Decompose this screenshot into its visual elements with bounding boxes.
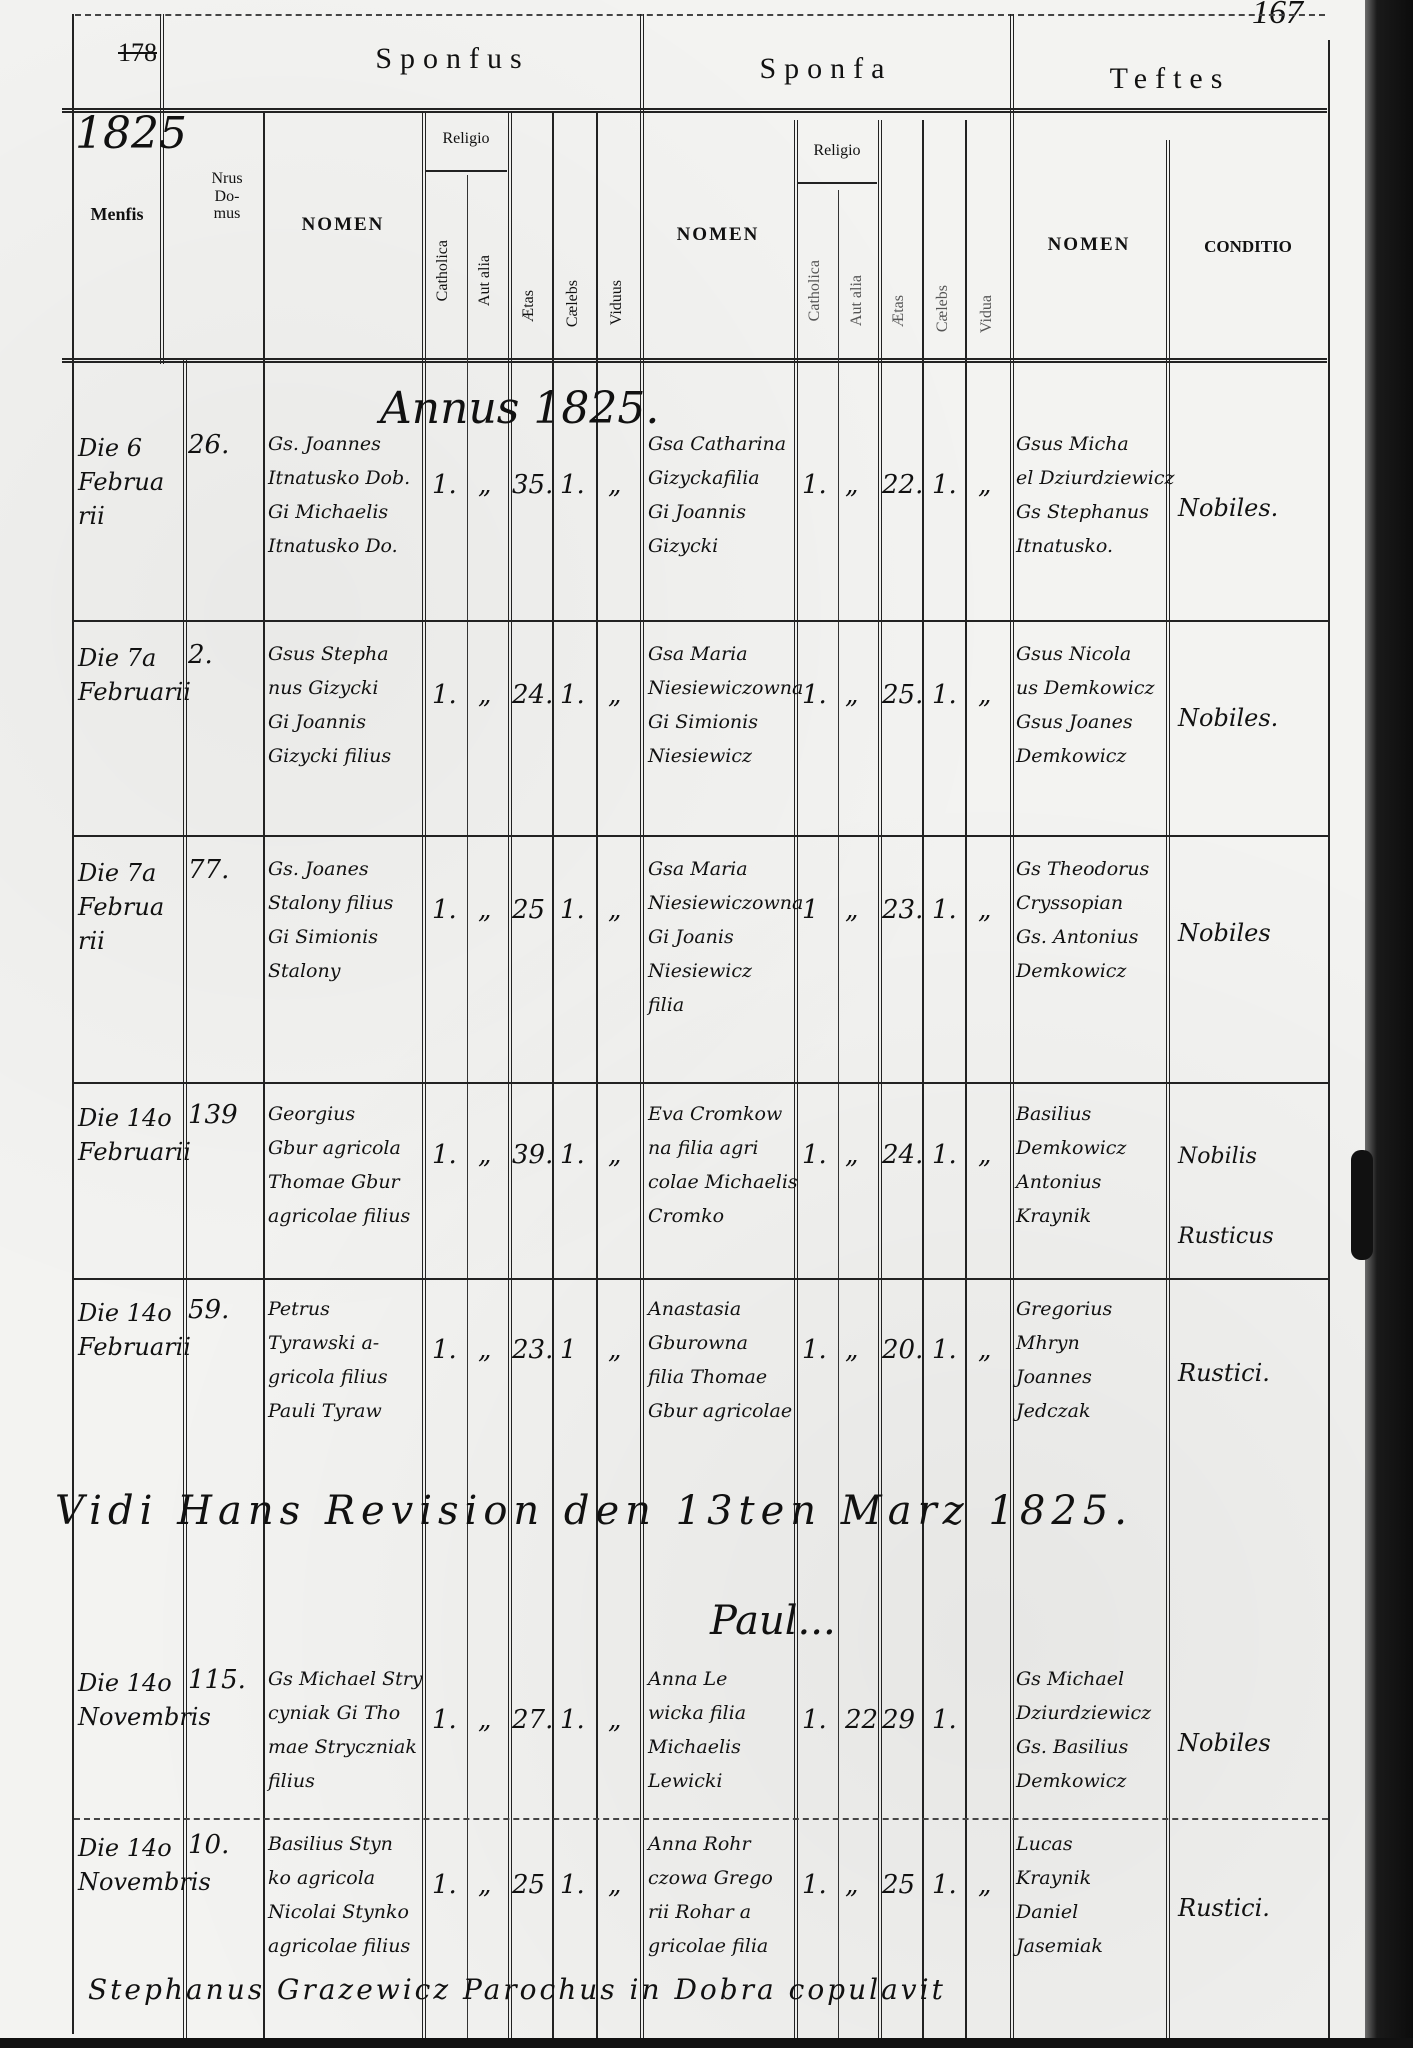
groom-caelebs: 1. [560,680,585,710]
groom-name-line: Gsus Stepha [268,640,389,669]
bride-name-line: Cromko [648,1202,724,1231]
witness-name-line: Demkowicz [1016,742,1126,771]
witness-condition: Rusticus [1178,1220,1274,1254]
witness-name-line: Kraynik [1016,1864,1091,1893]
groom-name-line: Pauli Tyraw [268,1397,382,1426]
groom-aut-alia: „ [478,1140,491,1170]
top-rule [75,14,1325,16]
section-header-sponsus: Sponfus [265,42,640,75]
entry-house-number: 26. [188,430,229,460]
header-catholica: Catholica [434,240,452,301]
visitation-signature: Paul... [710,1590,836,1652]
witness-name-line: Gs. Antonius [1016,923,1138,952]
groom-name-line: agricolae filius [268,1932,410,1961]
col-divider-sponsa-catholica [838,190,839,2042]
bride-age: 25. [882,680,923,710]
col-divider-catholica [467,175,468,2042]
groom-name-line: Georgius [268,1100,355,1129]
groom-aut-alia: „ [478,680,491,710]
witness-name-line: Itnatusko. [1016,532,1113,561]
col-divider-sponsa-caelebs [965,120,967,2042]
witness-name-line: Mhryn [1016,1329,1080,1358]
groom-catholica: 1. [432,895,457,925]
bride-vidua: „ [978,470,991,500]
bride-vidua: „ [978,680,991,710]
bride-aut-alia: „ [845,1870,858,1900]
groom-age: 39. [512,1140,553,1170]
groom-name-line: Petrus [268,1295,330,1324]
groom-name-line: gricola filius [268,1363,388,1392]
witness-name-line: Basilius [1016,1100,1091,1129]
bride-name-line: filia [648,991,684,1020]
groom-name-line: Gi Joannis [268,708,366,737]
groom-name-line: ko agricola [268,1864,375,1893]
entry-date: Februarii [78,674,191,711]
col-divider-mensis-body [183,360,187,2040]
religio-rule-sponsa [797,182,877,184]
witness-name-line: Daniel [1016,1898,1078,1927]
bride-caelebs: 1. [932,895,957,925]
register-year: 1825 [75,108,187,159]
entry-house-number: 77. [188,855,229,885]
witness-name-line: Gsus Joanes [1016,708,1133,737]
groom-viduus: „ [608,1140,621,1170]
entry-house-number: 59. [188,1295,229,1325]
entry-date: Die 7a [78,855,156,892]
row-separator [74,620,1328,622]
groom-caelebs: 1. [560,1705,585,1735]
bride-name-line: na filia agri [648,1134,758,1163]
witness-name-line: Gsus Nicola [1016,640,1131,669]
header-bottom-rule [62,358,1327,363]
groom-name-line: Thomae Gbur [268,1168,400,1197]
bride-name-line: Niesiewicz [648,742,752,771]
col-divider-sponsa-nomen [794,120,798,2042]
groom-catholica: 1. [432,1870,457,1900]
witness-name-line: Antonius [1016,1168,1101,1197]
groom-name-line: cyniak Gi Tho [268,1699,400,1728]
bride-catholica: 1. [802,1140,827,1170]
header-mensis: Menfis [74,205,160,225]
groom-aut-alia: „ [478,1335,491,1365]
witness-name-line: Demkowicz [1016,1767,1126,1796]
groom-age: 35. [512,470,553,500]
bride-name-line: Gi Simionis [648,708,758,737]
groom-catholica: 1. [432,680,457,710]
header-sponsa-aut-alia: Aut alia [848,275,866,326]
bride-vidua: „ [978,1870,991,1900]
header-aetas: Ætas [520,290,538,322]
groom-name-line: nus Gizycki [268,674,379,703]
struck-register-number: 178 [118,38,157,68]
groom-catholica: 1. [432,1140,457,1170]
bride-name-line: gricolae filia [648,1932,768,1961]
groom-name-line: Stalony [268,957,340,986]
bride-name-line: Michaelis [648,1733,741,1762]
header-nrus-domus: Nrus Do- mus [192,170,262,223]
religio-rule-sponsus [425,170,507,172]
bride-aut-alia: „ [845,1335,858,1365]
entry-date: Die 7a [78,640,156,677]
witness-name-line: Gs. Basilius [1016,1733,1128,1762]
entry-house-number: 10. [188,1830,229,1860]
section-header-testes: Teftes [1012,62,1328,95]
bride-name-line: Lewicki [648,1767,722,1796]
groom-name-line: Gs. Joannes [268,430,381,459]
bride-caelebs: 1. [932,1870,957,1900]
bride-name-line: Gsa Maria [648,855,748,884]
annus-heading: Annus 1825. [380,375,659,443]
bride-name-line: Gburowna [648,1329,748,1358]
witness-name-line: Demkowicz [1016,1134,1126,1163]
bride-age: 24. [882,1140,923,1170]
section-header-sponsa: Sponfa [642,52,1010,85]
bride-age: 20. [882,1335,923,1365]
witness-condition: Rustici. [1178,1890,1270,1927]
bride-name-line: Eva Cromkow [648,1100,782,1129]
register-page: 167 178 1825 Sponfus Sponfa Teftes Menfi… [0,0,1413,2048]
frame-left [72,14,74,2034]
entry-date: rii [78,498,105,535]
groom-viduus: „ [608,680,621,710]
groom-name-line: Gi Michaelis [268,498,388,527]
col-divider-sponsa-aetas [922,120,924,2042]
header-sponsus-nomen: NOMEN [265,215,421,236]
header-sponsa-caelebs: Cælebs [934,285,952,332]
bride-name-line: Gsa Catharina [648,430,786,459]
groom-age: 23. [512,1335,553,1365]
bride-age: 29 [882,1705,915,1735]
groom-age: 27. [512,1705,553,1735]
officiant-note: Stephanus Grazewicz Parochus in Dobra co… [88,1968,946,2011]
witness-name-line: Gs Theodorus [1016,855,1149,884]
header-conditio: CONDITIO [1168,238,1328,257]
bride-catholica: 1. [802,680,827,710]
entry-date: Februarii [78,1329,191,1366]
bride-name-line: Niesiewiczowna [648,674,803,703]
witness-name-line: Jasemiak [1016,1932,1103,1961]
col-divider-sponsa-end [1010,14,1014,2042]
entry-date: Die 14o [78,1100,172,1137]
bride-catholica: 1. [802,1870,827,1900]
bride-name-line: Gi Joanis [648,923,734,952]
col-divider-sponsus-end [640,14,644,2042]
bride-name-line: Anastasia [648,1295,741,1324]
bride-vidua: „ [978,1140,991,1170]
groom-caelebs: 1. [560,895,585,925]
col-divider-testes-nomen [1166,140,1170,2042]
bride-caelebs: 1. [932,680,957,710]
groom-name-line: Tyrawski a- [268,1329,379,1358]
ink-blot [1351,1150,1373,1260]
col-divider-sponsa-religio [878,120,882,2042]
groom-age: 24. [512,680,553,710]
header-testes-nomen: NOMEN [1012,235,1166,256]
witness-name-line: Gregorius [1016,1295,1112,1324]
groom-viduus: „ [608,1705,621,1735]
header-sponsa-nomen: NOMEN [642,225,794,246]
groom-name-line: Itnatusko Dob. [268,464,410,493]
bride-catholica: 1. [802,1335,827,1365]
entry-date: Novembris [78,1699,211,1736]
witness-name-line: el Dziurdziewicz [1016,464,1175,493]
entry-date: Die 14o [78,1665,172,1702]
bride-age: 22. [882,470,923,500]
bride-name-line: rii Rohar a [648,1898,751,1927]
witness-name-line: Kraynik [1016,1202,1091,1231]
book-binding-edge [1365,0,1413,2048]
groom-name-line: Itnatusko Do. [268,532,398,561]
row-separator [74,1818,1328,1820]
witness-condition: Nobiles [1178,915,1271,952]
groom-aut-alia: „ [478,1870,491,1900]
bride-aut-alia: „ [845,1140,858,1170]
groom-name-line: agricolae filius [268,1202,410,1231]
groom-age: 25 [512,1870,545,1900]
groom-name-line: Gs Michael Stry [268,1665,423,1694]
groom-name-line: Nicolai Stynko [268,1898,409,1927]
bride-name-line: czowa Grego [648,1864,773,1893]
groom-viduus: „ [608,1870,621,1900]
bride-name-line: Gi Joannis [648,498,746,527]
groom-aut-alia: „ [478,1705,491,1735]
groom-catholica: 1. [432,1705,457,1735]
bride-age: 23. [882,895,923,925]
entry-house-number: 2. [188,640,213,670]
bride-aut-alia: 22 [845,1705,878,1735]
bride-name-line: Anna Rohr [648,1830,751,1859]
bride-name-line: Gizyckafilia [648,464,760,493]
groom-aut-alia: „ [478,895,491,925]
groom-caelebs: 1. [560,1140,585,1170]
header-religio-sponsa: Religio [797,142,877,160]
entry-date: Februa [78,889,164,926]
groom-aut-alia: „ [478,470,491,500]
groom-name-line: Gs. Joanes [268,855,369,884]
entry-date: Die 14o [78,1295,172,1332]
witness-name-line: Cryssopian [1016,889,1123,918]
entry-date: Die 6 [78,430,142,467]
bride-catholica: 1 [802,895,819,925]
groom-name-line: filius [268,1767,315,1796]
bride-caelebs: 1. [932,470,957,500]
entry-date: rii [78,923,105,960]
bride-name-line: filia Thomae [648,1363,767,1392]
visitation-note: Vidi Hans Revision den 13ten Marz 1825. [55,1480,1133,1542]
groom-name-line: Stalony filius [268,889,393,918]
bride-aut-alia: „ [845,895,858,925]
header-viduus: Viduus [608,280,626,325]
witness-name-line: Joannes [1016,1363,1092,1392]
row-separator [74,1082,1328,1084]
header-sponsa-vidua: Vidua [978,295,996,333]
bride-name-line: wicka filia [648,1699,746,1728]
bride-age: 25 [882,1870,915,1900]
entry-date: Februa [78,464,164,501]
groom-name-line: Gbur agricola [268,1134,401,1163]
bride-vidua: „ [978,1335,991,1365]
bride-vidua: „ [978,895,991,925]
groom-catholica: 1. [432,470,457,500]
bride-name-line: Gizycki [648,532,718,561]
witness-name-line: Jedczak [1016,1397,1091,1426]
witness-condition: Nobiles. [1178,700,1278,737]
bride-name-line: Gsa Maria [648,640,748,669]
groom-age: 25 [512,895,545,925]
entry-date: Februarii [78,1134,191,1171]
header-caelebs: Cælebs [564,280,582,327]
bride-catholica: 1. [802,470,827,500]
entry-date: Die 14o [78,1830,172,1867]
groom-viduus: „ [608,895,621,925]
header-sponsa-catholica: Catholica [806,260,824,321]
header-divider [62,108,1327,113]
row-separator [74,835,1328,837]
page-number: 167 [1252,0,1303,32]
header-sponsa-aetas: Ætas [890,295,908,327]
bride-name-line: Niesiewiczowna [648,889,803,918]
col-divider-domus [263,112,265,2042]
row-separator [74,1278,1328,1280]
witness-name-line: Lucas [1016,1830,1073,1859]
groom-name-line: Gizycki filius [268,742,391,771]
bride-name-line: Gbur agricolae [648,1397,792,1426]
bride-catholica: 1. [802,1705,827,1735]
groom-name-line: Basilius Styn [268,1830,393,1859]
page-bottom-edge [0,2038,1413,2048]
groom-caelebs: 1. [560,470,585,500]
header-religio-sponsus: Religio [425,130,507,148]
bride-name-line: Niesiewicz [648,957,752,986]
witness-name-line: Gs Michael [1016,1665,1124,1694]
bride-caelebs: 1. [932,1140,957,1170]
groom-catholica: 1. [432,1335,457,1365]
entry-house-number: 115. [188,1665,246,1695]
bride-name-line: colae Michaelis [648,1168,798,1197]
witness-condition: Rustici. [1178,1355,1270,1392]
witness-name-line: Demkowicz [1016,957,1126,986]
frame-right [1328,40,1330,2040]
groom-caelebs: 1 [560,1335,577,1365]
bride-aut-alia: „ [845,470,858,500]
witness-name-line: Gsus Micha [1016,430,1129,459]
witness-condition: Nobiles [1178,1725,1271,1762]
groom-viduus: „ [608,1335,621,1365]
groom-name-line: mae Stryczniak [268,1733,417,1762]
witness-name-line: Gs Stephanus [1016,498,1149,527]
witness-condition: Nobiles. [1178,490,1278,527]
bride-caelebs: 1. [932,1705,957,1735]
witness-condition: Nobilis [1178,1140,1257,1174]
witness-name-line: Dziurdziewicz [1016,1699,1151,1728]
entry-date: Novembris [78,1864,211,1901]
bride-caelebs: 1. [932,1335,957,1365]
groom-caelebs: 1. [560,1870,585,1900]
bride-aut-alia: „ [845,680,858,710]
bride-name-line: Anna Le [648,1665,727,1694]
groom-name-line: Gi Simionis [268,923,378,952]
groom-viduus: „ [608,470,621,500]
header-aut-alia: Aut alia [476,255,494,306]
col-divider-mensis [160,14,164,364]
entry-house-number: 139 [188,1100,238,1130]
witness-name-line: us Demkowicz [1016,674,1154,703]
